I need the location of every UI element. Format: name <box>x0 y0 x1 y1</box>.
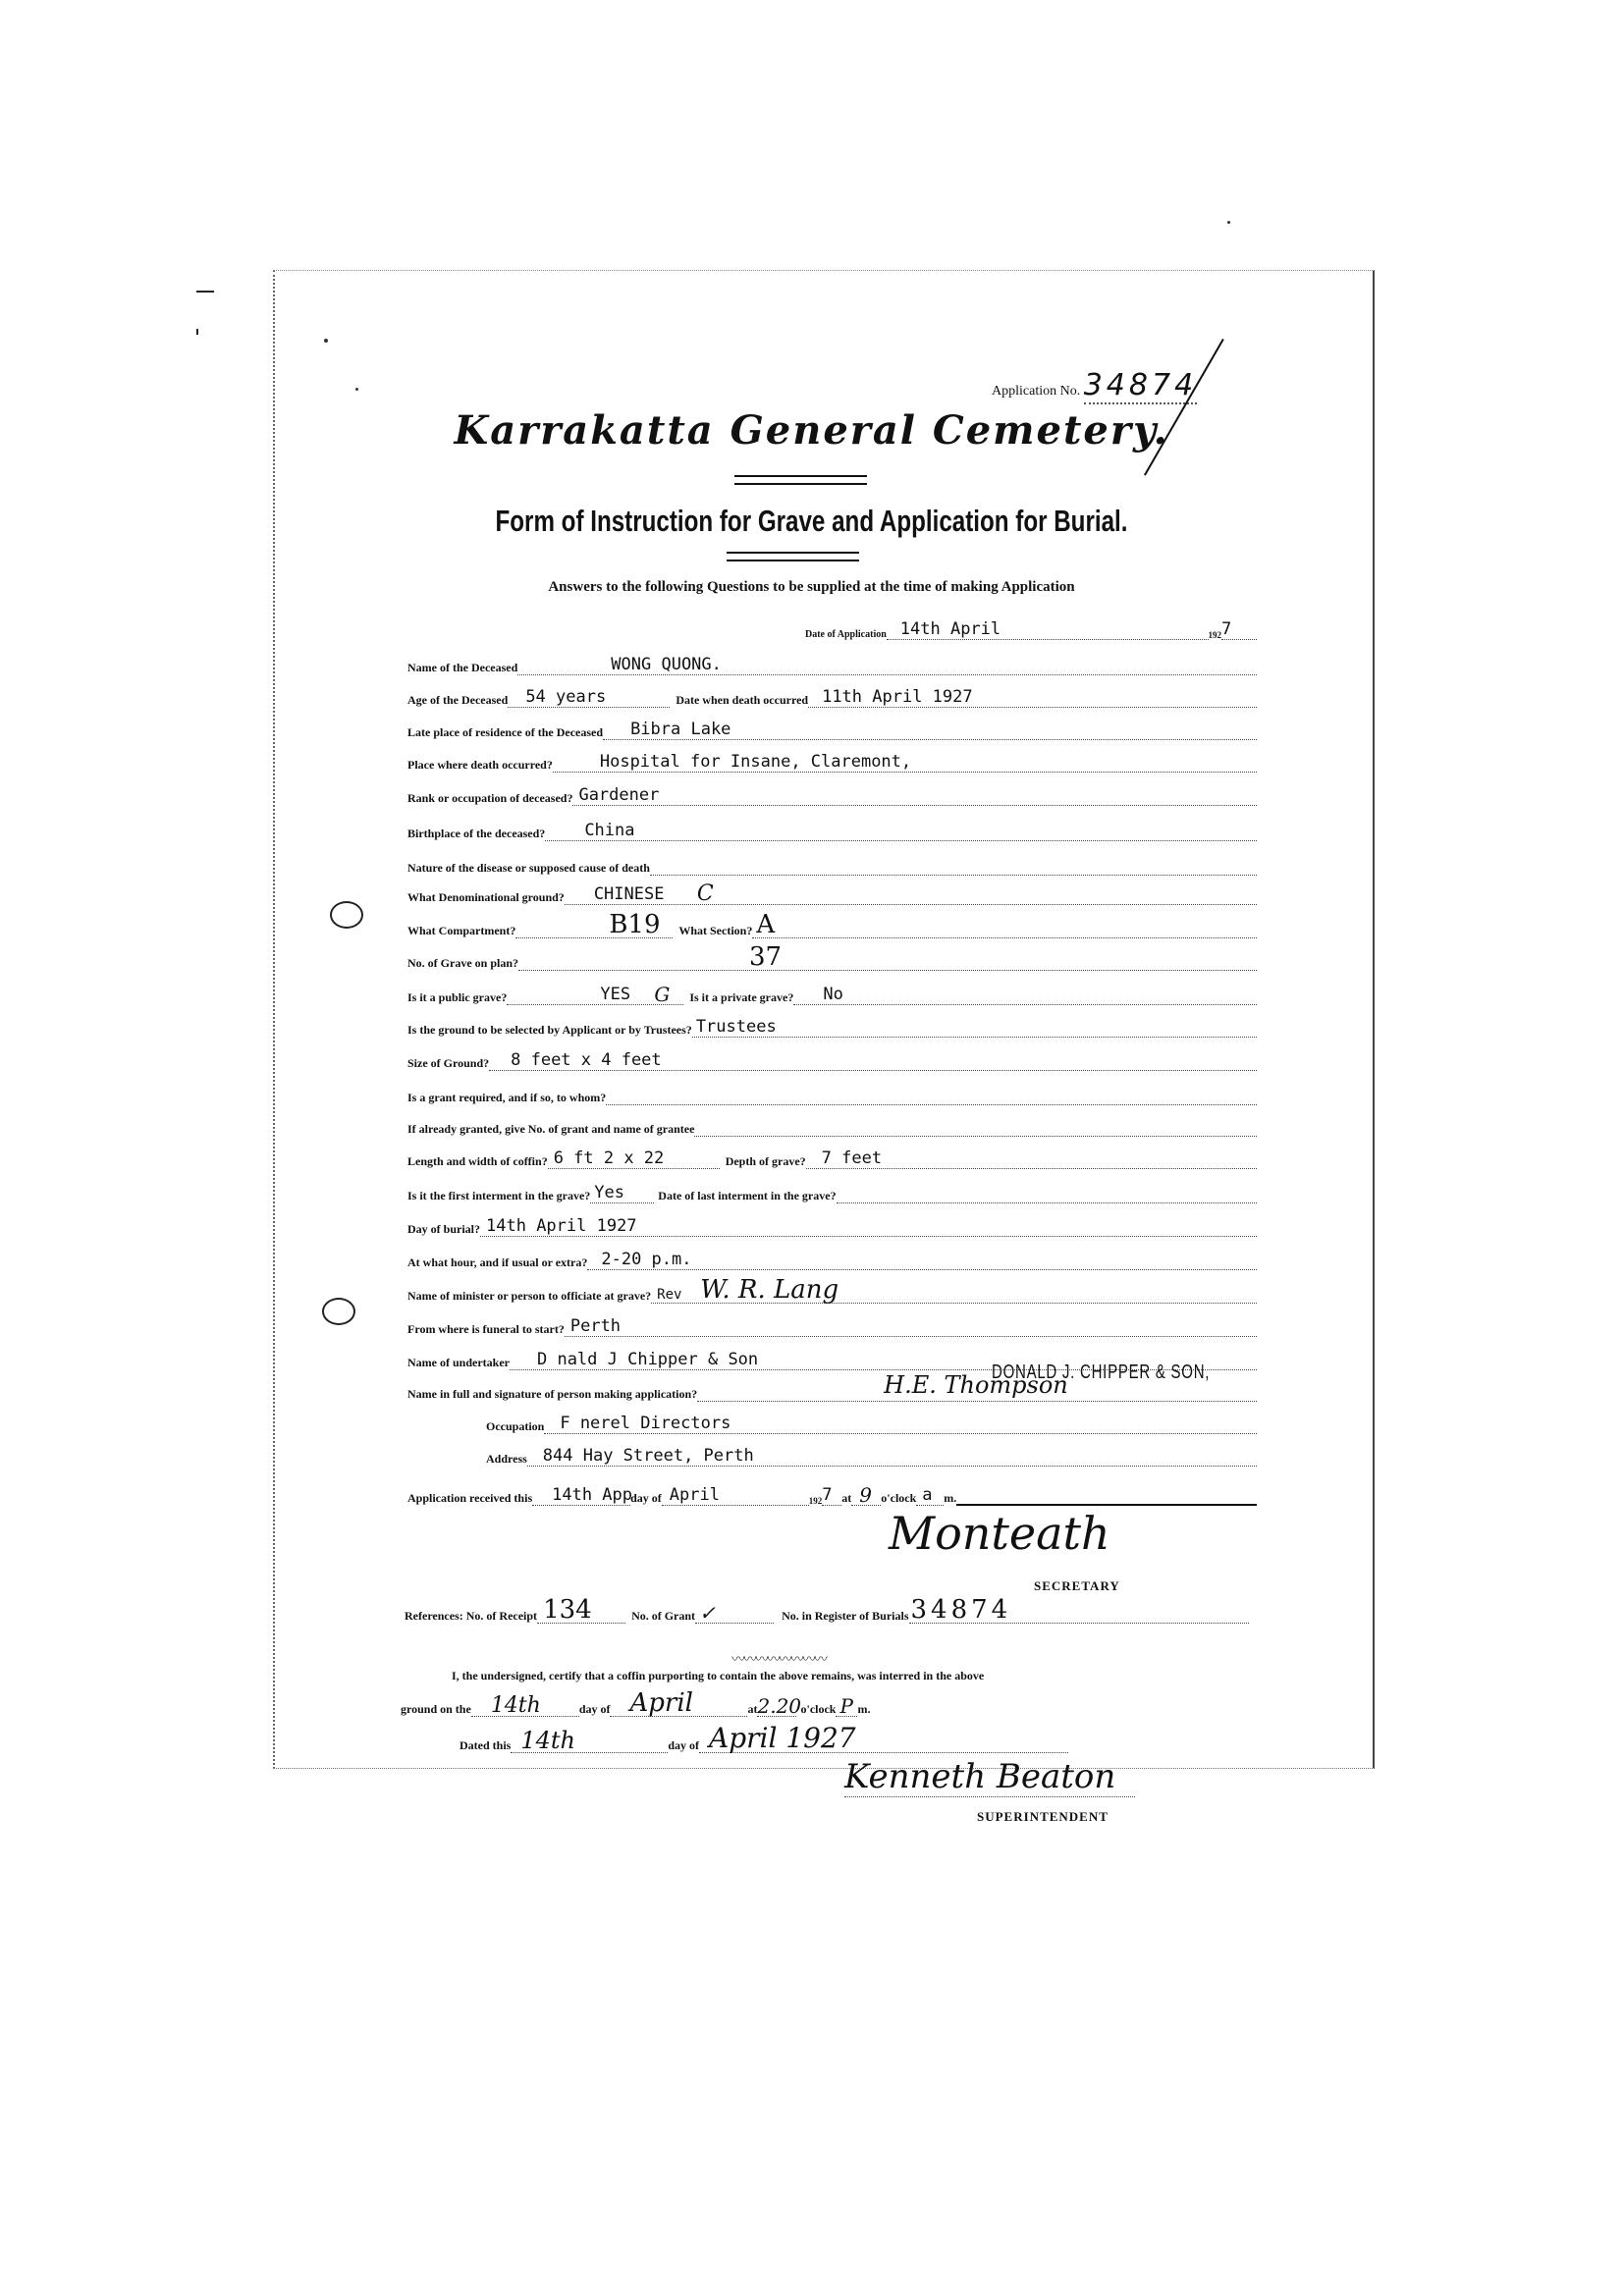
received-hour-field[interactable]: 9 <box>851 1487 881 1506</box>
undertaker-value: D nald J Chipper & Son <box>537 1350 758 1369</box>
hour-field[interactable]: 2-20 p.m. <box>587 1252 1257 1270</box>
received-month-value: April <box>670 1485 720 1505</box>
dated-day-value: 14th <box>520 1727 575 1754</box>
cert-ampm-field[interactable]: P <box>836 1698 857 1717</box>
applicant-address-row: Address 844 Hay Street, Perth <box>486 1443 1257 1467</box>
size-value: 8 feet x 4 feet <box>511 1050 662 1070</box>
received-ampm-field[interactable]: a <box>916 1487 944 1506</box>
superintendent-signature: Kenneth Beaton <box>844 1757 1135 1797</box>
scan-mark <box>196 291 214 293</box>
secretary-signature: Monteath <box>889 1507 1110 1560</box>
coffin-field[interactable]: 6 ft 2 x 22 <box>548 1150 720 1169</box>
received-year-prefix: 192 <box>809 1496 823 1506</box>
date-of-death-label: Date when death occurred <box>676 693 808 708</box>
grave-number-label: No. of Grave on plan? <box>407 956 518 971</box>
dated-day-field[interactable]: 14th <box>511 1735 668 1753</box>
received-day-value: 14th App <box>552 1485 632 1505</box>
burial-day-row: Day of burial? 14th April 1927 <box>407 1213 1257 1237</box>
name-field[interactable]: WONG QUONG. <box>517 657 1257 675</box>
received-trailing-line <box>956 1486 1257 1506</box>
application-number: Application No. 34874 <box>992 368 1197 402</box>
grant-given-row: If already granted, give No. of grant an… <box>407 1113 1257 1137</box>
residence-value: Bibra Lake <box>630 720 730 739</box>
funeral-start-field[interactable]: Perth <box>565 1318 1257 1337</box>
compartment-row: What Compartment? B19 What Section? A <box>407 915 1257 938</box>
denomination-row: What Denominational ground? CHINESE C <box>407 881 1257 905</box>
public-grave-annotation: G <box>654 983 670 1006</box>
applicant-row: Name in full and signature of person mak… <box>407 1378 1257 1402</box>
date-of-application-label: Date of Application <box>805 629 887 640</box>
size-row: Size of Ground? 8 feet x 4 feet <box>407 1047 1257 1071</box>
public-private-row: Is it a public grave? YES G Is it a priv… <box>407 982 1257 1005</box>
secretary-label: SECRETARY <box>1034 1578 1120 1594</box>
grant-label: No. of Grant <box>631 1609 695 1624</box>
applicant-address-label: Address <box>486 1452 527 1467</box>
applicant-field[interactable]: H.E. Thompson <box>697 1383 1257 1402</box>
age-value: 54 years <box>525 687 606 707</box>
depth-value: 7 feet <box>822 1148 882 1168</box>
cert-m-label: m. <box>857 1702 870 1717</box>
minister-handwritten: W. R. Lang <box>700 1275 839 1305</box>
place-of-death-row: Place where death occurred? Hospital for… <box>407 749 1257 773</box>
cert-day-field[interactable]: 14th <box>471 1698 579 1717</box>
denomination-value: CHINESE <box>594 884 665 904</box>
cert-time-value: 2.20 <box>757 1694 801 1718</box>
year-value: 7 <box>1221 619 1231 639</box>
date-of-application-value: 14th April <box>900 619 1001 639</box>
size-field[interactable]: 8 feet x 4 feet <box>489 1052 1257 1071</box>
certificate-text: I, the undersigned, certify that a coffi… <box>452 1669 1316 1683</box>
name-label: Name of the Deceased <box>407 661 517 675</box>
coffin-value: 6 ft 2 x 22 <box>554 1148 665 1168</box>
age-label: Age of the Deceased <box>407 693 508 708</box>
cause-row: Nature of the disease or supposed cause … <box>407 852 1257 876</box>
birthplace-field[interactable]: China <box>545 823 1257 841</box>
last-interment-label: Date of last interment in the grave? <box>658 1189 836 1203</box>
cert-oclock-label: o'clock <box>800 1702 836 1717</box>
age-row: Age of the Deceased 54 years Date when d… <box>407 684 1257 708</box>
received-label: Application received this <box>407 1491 532 1506</box>
received-ampm-value: a <box>922 1485 932 1505</box>
place-of-death-label: Place where death occurred? <box>407 758 553 773</box>
punch-hole-mark <box>330 901 363 929</box>
private-grave-label: Is it a private grave? <box>689 990 793 1005</box>
public-grave-label: Is it a public grave? <box>407 990 507 1005</box>
residence-field[interactable]: Bibra Lake <box>603 721 1257 740</box>
received-month-field[interactable]: April <box>662 1487 809 1506</box>
public-grave-field[interactable]: YES G <box>507 987 683 1005</box>
denomination-label: What Denominational ground? <box>407 890 565 905</box>
applicant-signature: H.E. Thompson <box>884 1371 1068 1399</box>
received-hour-value: 9 <box>859 1483 872 1507</box>
private-grave-value: No <box>823 985 842 1004</box>
selected-by-value: Trustees <box>696 1017 777 1037</box>
applicant-occupation-row: Occupation F nerel Directors <box>486 1411 1257 1434</box>
cert-month-value: April <box>629 1688 692 1718</box>
form-instructions: Answers to the following Questions to be… <box>0 579 1623 596</box>
date-of-death-value: 11th April 1927 <box>822 687 973 707</box>
first-interment-row: Is it the first interment in the grave? … <box>407 1180 1257 1203</box>
burial-day-value: 14th April 1927 <box>486 1216 637 1236</box>
form-title: Form of Instruction for Grave and Applic… <box>179 504 1444 539</box>
section-field[interactable]: A <box>752 920 1257 938</box>
section-value: A <box>756 910 775 939</box>
date-of-application-field[interactable]: 14th April <box>887 621 1209 640</box>
received-day-of-label: day of <box>630 1491 662 1506</box>
punch-hole-mark <box>322 1298 355 1325</box>
grave-number-row: No. of Grave on plan? 37 <box>407 947 1257 971</box>
occupation-value: Gardener <box>578 785 659 805</box>
cert-month-field[interactable]: April <box>610 1698 747 1717</box>
subtitle-rule <box>727 552 859 561</box>
compartment-field[interactable]: B19 <box>515 920 673 938</box>
grant-value: ✓ <box>699 1601 716 1625</box>
first-interment-label: Is it the first interment in the grave? <box>407 1189 590 1203</box>
funeral-start-label: From where is funeral to start? <box>407 1322 565 1337</box>
denomination-annotation: C <box>697 881 714 906</box>
cert-time-field[interactable]: 2.20 <box>757 1698 796 1717</box>
grave-number-value: 37 <box>749 942 782 972</box>
cert-ampm-value: P <box>839 1694 852 1718</box>
depth-label: Depth of grave? <box>726 1154 806 1169</box>
size-label: Size of Ground? <box>407 1056 489 1071</box>
receipt-label: References: No. of Receipt <box>405 1609 537 1624</box>
age-field[interactable]: 54 years <box>508 689 670 708</box>
scan-mark <box>196 329 198 335</box>
burial-day-label: Day of burial? <box>407 1222 480 1237</box>
grant-given-label: If already granted, give No. of grant an… <box>407 1122 694 1137</box>
minister-value: Rev <box>657 1287 681 1303</box>
dated-label: Dated this <box>460 1738 511 1753</box>
selected-by-label: Is the ground to be selected by Applican… <box>407 1023 692 1038</box>
occupation-label: Rank or occupation of deceased? <box>407 791 572 806</box>
dated-month-field[interactable]: April 1927 <box>699 1735 1068 1753</box>
cert-day-value: 14th <box>491 1693 541 1718</box>
first-interment-field[interactable]: Yes <box>590 1185 654 1203</box>
coffin-label: Length and width of coffin? <box>407 1154 548 1169</box>
denomination-field[interactable]: CHINESE C <box>565 886 1257 905</box>
selected-by-row: Is the ground to be selected by Applican… <box>407 1014 1257 1038</box>
register-label: No. in Register of Burials <box>782 1609 908 1624</box>
year-field[interactable]: 7 <box>1221 621 1257 640</box>
place-of-death-field[interactable]: Hospital for Insane, Claremont, <box>553 754 1257 773</box>
selected-by-field[interactable]: Trustees <box>692 1019 1257 1038</box>
occupation-field[interactable]: Gardener <box>572 787 1257 806</box>
minister-row: Name of minister or person to officiate … <box>407 1280 1257 1304</box>
compartment-label: What Compartment? <box>407 924 515 938</box>
funeral-start-value: Perth <box>570 1316 621 1336</box>
grave-number-field[interactable]: 37 <box>518 952 1257 971</box>
application-number-label: Application No. <box>992 384 1080 399</box>
dated-day-of-label: day of <box>668 1738 699 1753</box>
certificate-ground-row: ground on the 14th day of April at 2.20 … <box>401 1693 1009 1717</box>
applicant-label: Name in full and signature of person mak… <box>407 1387 697 1402</box>
receipt-field[interactable]: 134 <box>537 1605 625 1624</box>
coffin-row: Length and width of coffin? 6 ft 2 x 22 … <box>407 1146 1257 1169</box>
minister-field[interactable]: Rev W. R. Lang <box>651 1285 1257 1304</box>
compartment-value: B19 <box>609 910 660 939</box>
received-at-label: at <box>841 1491 851 1506</box>
received-row: Application received this 14th App day o… <box>407 1482 1257 1506</box>
applicant-address-value: 844 Hay Street, Perth <box>543 1446 754 1466</box>
hour-row: At what hour, and if usual or extra? 2-2… <box>407 1247 1257 1270</box>
hour-label: At what hour, and if usual or extra? <box>407 1255 587 1270</box>
last-interment-field[interactable] <box>837 1185 1257 1203</box>
applicant-occupation-field[interactable]: F nerel Directors <box>544 1415 1257 1434</box>
minister-label: Name of minister or person to officiate … <box>407 1289 651 1304</box>
register-value: 34874 <box>911 1595 1012 1625</box>
certificate-dated-row: Dated this 14th day of April 1927 <box>460 1730 1068 1753</box>
received-m-label: m. <box>944 1491 956 1506</box>
hour-value: 2-20 p.m. <box>601 1250 691 1269</box>
date-of-death-field[interactable]: 11th April 1927 <box>808 689 1257 708</box>
section-label: What Section? <box>678 924 752 938</box>
depth-field[interactable]: 7 feet <box>806 1150 1257 1169</box>
scan-speck <box>1227 221 1230 224</box>
birthplace-value: China <box>584 821 634 840</box>
grant-field[interactable]: ✓ <box>695 1605 774 1624</box>
public-grave-value: YES <box>600 985 630 1004</box>
birthplace-row: Birthplace of the deceased? China <box>407 818 1257 841</box>
grant-required-label: Is a grant required, and if so, to whom? <box>407 1091 606 1105</box>
first-interment-value: Yes <box>594 1183 624 1202</box>
place-of-death-value: Hospital for Insane, Claremont, <box>600 752 911 772</box>
date-of-application-row: Date of Application 14th April 192 7 <box>805 616 1257 640</box>
wavy-divider: 〰〰〰〰〰〰〰〰 <box>731 1649 826 1669</box>
private-grave-field[interactable]: No <box>793 987 1257 1005</box>
applicant-address-field[interactable]: 844 Hay Street, Perth <box>527 1448 1257 1467</box>
ground-on-label: ground on the <box>401 1702 471 1717</box>
received-oclock-label: o'clock <box>881 1491 916 1506</box>
cause-label: Nature of the disease or supposed cause … <box>407 861 650 876</box>
register-field[interactable]: 34874 <box>909 1605 1249 1624</box>
funeral-start-row: From where is funeral to start? Perth <box>407 1313 1257 1337</box>
grant-required-row: Is a grant required, and if so, to whom? <box>407 1082 1257 1105</box>
name-row: Name of the Deceased WONG QUONG. <box>407 652 1257 675</box>
grant-required-field[interactable] <box>606 1087 1257 1105</box>
cause-field[interactable] <box>650 857 1257 876</box>
references-row: References: No. of Receipt 134 No. of Gr… <box>405 1600 1249 1624</box>
residence-label: Late place of residence of the Deceased <box>407 725 603 740</box>
undertaker-label: Name of undertaker <box>407 1356 510 1370</box>
title-rule <box>734 475 867 485</box>
receipt-value: 134 <box>543 1595 592 1625</box>
cemetery-name: Karrakatta General Cemetery. <box>0 407 1623 454</box>
received-year-value: 7 <box>822 1485 832 1505</box>
application-number-value: 34874 <box>1084 368 1197 404</box>
residence-row: Late place of residence of the Deceased … <box>407 717 1257 740</box>
name-value: WONG QUONG. <box>611 655 722 674</box>
cert-day-of-label: day of <box>579 1702 611 1717</box>
year-prefix: 192 <box>1209 630 1222 640</box>
grant-given-field[interactable] <box>694 1118 1257 1137</box>
dated-month-value: April 1927 <box>709 1722 856 1754</box>
applicant-occupation-label: Occupation <box>486 1419 544 1434</box>
received-day-field[interactable]: 14th App <box>532 1487 630 1506</box>
cert-at-label: at <box>747 1702 757 1717</box>
superintendent-label: SUPERINTENDENT <box>977 1809 1109 1825</box>
burial-day-field[interactable]: 14th April 1927 <box>480 1218 1257 1237</box>
occupation-row: Rank or occupation of deceased? Gardener <box>407 782 1257 806</box>
received-year-field[interactable]: 7 <box>822 1487 841 1506</box>
applicant-occupation-value: F nerel Directors <box>560 1414 730 1433</box>
birthplace-label: Birthplace of the deceased? <box>407 827 545 841</box>
